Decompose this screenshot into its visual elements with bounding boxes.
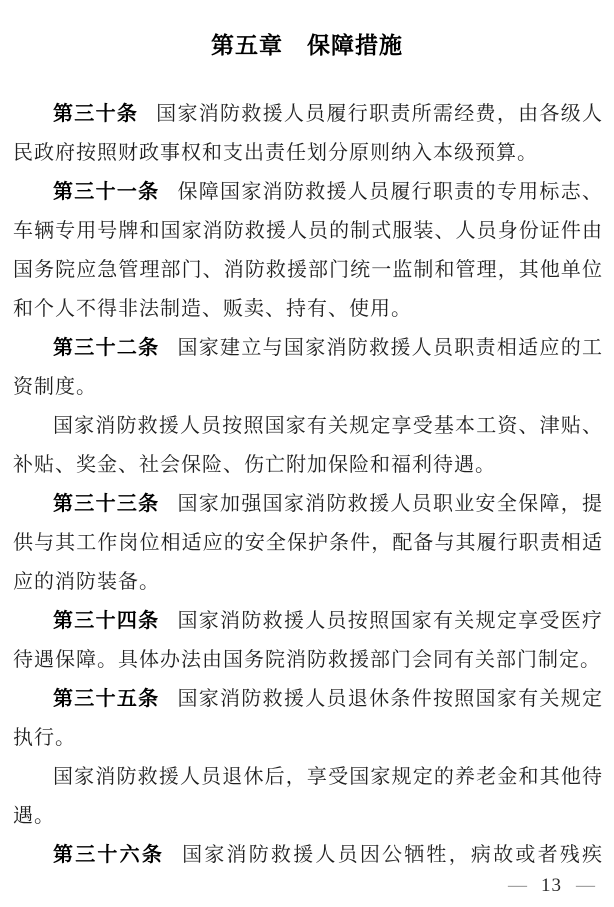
document-page: 第五章 保障措施 第三十条国家消防救援人员履行职责所需经费，由各级人民政府按照财…	[0, 0, 614, 907]
article-paragraph: 国家消防救援人员按照国家有关规定享受基本工资、津贴、补贴、奖金、社会保险、伤亡附…	[13, 407, 603, 485]
footer-page-number: 13	[541, 875, 562, 897]
article-number-label: 第三十四条	[53, 610, 159, 632]
article-number-label: 第三十六条	[53, 844, 164, 866]
article-number-label: 第三十五条	[53, 688, 159, 710]
article-body-text: 国家消防救援人员按照国家有关规定享受基本工资、津贴、补贴、奖金、社会保险、伤亡附…	[13, 415, 603, 476]
article-paragraph: 第三十五条国家消防救援人员退休条件按照国家有关规定执行。	[13, 680, 603, 758]
article-paragraph: 第三十一条保障国家消防救援人员履行职责的专用标志、车辆专用号牌和国家消防救援人员…	[13, 173, 603, 329]
article-paragraph: 第三十四条国家消防救援人员按照国家有关规定享受医疗待遇保障。具体办法由国务院消防…	[13, 602, 603, 680]
article-text-block: 第三十条国家消防救援人员履行职责所需经费，由各级人民政府按照财政事权和支出责任划…	[0, 95, 614, 875]
article-number-label: 第三十二条	[53, 337, 159, 359]
footer-dash-left: —	[508, 877, 527, 895]
article-paragraph: 国家消防救援人员退休后，享受国家规定的养老金和其他待遇。	[13, 758, 603, 836]
article-paragraph: 第三十条国家消防救援人员履行职责所需经费，由各级人民政府按照财政事权和支出责任划…	[13, 95, 603, 173]
article-body-text: 国家消防救援人员因公牺牲，病故或者残疾	[182, 844, 603, 866]
article-number-label: 第三十三条	[53, 493, 159, 515]
article-number-label: 第三十条	[53, 103, 138, 125]
chapter-title: 第五章 保障措施	[0, 0, 614, 60]
article-body-text: 国家消防救援人员退休后，享受国家规定的养老金和其他待遇。	[13, 766, 603, 827]
article-paragraph: 第三十二条国家建立与国家消防救援人员职责相适应的工资制度。	[13, 329, 603, 407]
page-footer: — 13 —	[508, 875, 595, 897]
article-number-label: 第三十一条	[53, 181, 159, 203]
article-paragraph: 第三十六条国家消防救援人员因公牺牲，病故或者残疾	[13, 836, 603, 875]
footer-dash-right: —	[576, 877, 595, 895]
article-paragraph: 第三十三条国家加强国家消防救援人员职业安全保障，提供与其工作岗位相适应的安全保护…	[13, 485, 603, 602]
